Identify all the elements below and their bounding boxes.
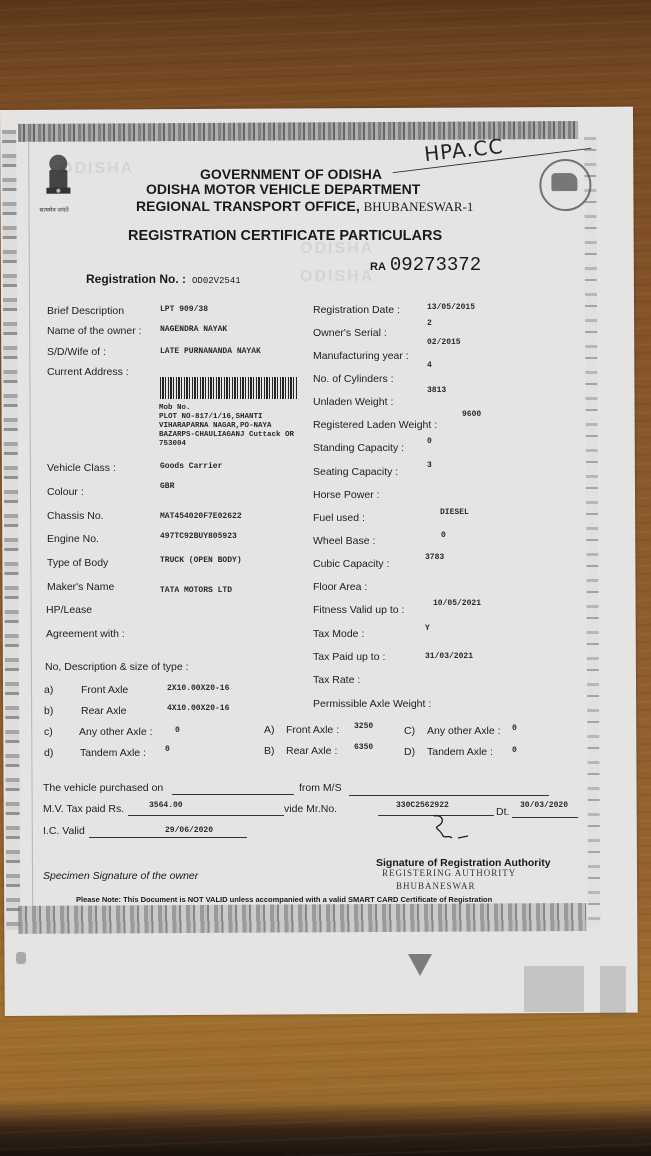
registration-number: Registration No. :OD02V2541 bbox=[86, 272, 241, 286]
field-label: Permissible Axle Weight : bbox=[313, 698, 431, 710]
field-value: 13/05/2015 bbox=[427, 303, 475, 312]
tyre-label: Any other Axle : bbox=[79, 726, 153, 738]
field-value: TRUCK (OPEN BODY) bbox=[160, 556, 242, 565]
field-value: TATA MOTORS LTD bbox=[160, 586, 232, 595]
odisha-seal-icon bbox=[539, 159, 591, 211]
field-value: 497TC92BUY805923 bbox=[160, 532, 237, 541]
purchased-line bbox=[172, 794, 294, 795]
ra-serial: RA09273372 bbox=[370, 254, 481, 276]
tyre-value: 0 bbox=[175, 726, 180, 735]
field-label: Name of the owner : bbox=[47, 325, 142, 337]
office-city: BHUBANESWAR-1 bbox=[364, 199, 474, 214]
field-value: 9600 bbox=[462, 410, 481, 419]
authority-signature-scribble bbox=[428, 812, 488, 846]
tyre-key: c) bbox=[44, 726, 53, 738]
tyre-key: b) bbox=[44, 705, 53, 717]
field-value: LPT 909/38 bbox=[160, 305, 208, 314]
tyres-heading: No, Description & size of type : bbox=[45, 661, 189, 673]
field-value: GBR bbox=[160, 482, 174, 491]
field-label: Horse Power : bbox=[313, 489, 380, 501]
dt-line bbox=[512, 817, 578, 818]
field-label: Tax Rate : bbox=[313, 674, 360, 686]
field-label: Fuel used : bbox=[313, 512, 365, 524]
tyre-value: 0 bbox=[165, 745, 170, 754]
vide-label: vide Mr.No. bbox=[284, 803, 337, 815]
axle-label: Rear Axle : bbox=[286, 745, 337, 757]
purchased-label: The vehicle purchased on bbox=[43, 782, 163, 794]
field-label: Owner's Serial : bbox=[313, 327, 387, 339]
tax-paid-label: M.V. Tax paid Rs. bbox=[43, 803, 124, 815]
ic-valid-line bbox=[89, 837, 247, 838]
barcode bbox=[160, 377, 298, 399]
government-title: GOVERNMENT OF ODISHA bbox=[200, 166, 382, 182]
ic-valid-value: 29/06/2020 bbox=[165, 826, 213, 835]
field-value: MAT454020F7E02622 bbox=[160, 512, 242, 521]
watermark: ODISHA bbox=[60, 160, 134, 178]
field-value: NAGENDRA NAYAK bbox=[160, 325, 227, 334]
field-label: Colour : bbox=[47, 486, 84, 498]
axle-value: 0 bbox=[512, 746, 517, 755]
authority-stamp: REGISTERING AUTHORITY BHUBANESWAR bbox=[382, 868, 516, 892]
axle-key: C) bbox=[404, 725, 415, 737]
field-label: Brief Description bbox=[47, 305, 124, 317]
field-label: Fitness Valid up to : bbox=[313, 604, 404, 616]
axle-label: Front Axle : bbox=[286, 724, 339, 736]
field-value: 31/03/2021 bbox=[425, 652, 473, 661]
field-value: 3 bbox=[427, 461, 432, 470]
security-border-bottom bbox=[18, 903, 586, 934]
owner-signature-label: Specimen Signature of the owner bbox=[43, 870, 198, 882]
vide-value: 330C2562922 bbox=[396, 801, 449, 810]
axle-key: B) bbox=[264, 745, 275, 757]
dt-label: Dt. bbox=[496, 806, 509, 818]
field-label: Current Address : bbox=[47, 366, 129, 378]
office-prefix: REGIONAL TRANSPORT OFFICE, bbox=[136, 198, 360, 214]
field-label: Registered Laden Weight : bbox=[313, 419, 437, 431]
axle-label: Any other Axle : bbox=[427, 725, 501, 737]
field-value: Y bbox=[425, 624, 430, 633]
field-label: Manufacturing year : bbox=[313, 350, 409, 362]
field-label: S/D/Wife of : bbox=[47, 346, 106, 358]
field-value: 0 bbox=[441, 531, 446, 540]
print-smudge bbox=[600, 966, 626, 1016]
field-value: 3813 bbox=[427, 386, 446, 395]
field-value: DIESEL bbox=[440, 508, 469, 517]
axle-key: A) bbox=[264, 724, 275, 736]
print-smudge bbox=[524, 966, 584, 1012]
tyre-value: 4X10.00X20-16 bbox=[167, 704, 229, 713]
field-label: Tax Paid up to : bbox=[313, 651, 385, 663]
axle-value: 0 bbox=[512, 724, 517, 733]
print-smudge bbox=[16, 952, 26, 964]
field-label: Standing Capacity : bbox=[313, 442, 404, 454]
tax-paid-value: 3564.00 bbox=[149, 801, 183, 810]
axle-value: 6350 bbox=[354, 743, 373, 752]
dt-value: 30/03/2020 bbox=[520, 801, 568, 810]
field-label: Engine No. bbox=[47, 533, 99, 545]
tyre-key: a) bbox=[44, 684, 53, 696]
ra-number: 09273372 bbox=[390, 254, 481, 276]
security-border-left bbox=[2, 130, 20, 930]
tax-paid-line bbox=[128, 815, 284, 816]
watermark: ODISHA bbox=[300, 268, 374, 286]
department-title: ODISHA MOTOR VEHICLE DEPARTMENT bbox=[146, 181, 420, 197]
field-value: Goods Carrier bbox=[160, 462, 222, 471]
registration-value: OD02V2541 bbox=[192, 276, 241, 286]
tyre-value: 2X10.00X20-16 bbox=[167, 684, 229, 693]
field-label: Agreement with : bbox=[46, 628, 125, 640]
field-label: No. of Cylinders : bbox=[313, 373, 394, 385]
validity-note: Please Note: This Document is NOT VALID … bbox=[76, 895, 492, 904]
field-value: 2 bbox=[427, 319, 432, 328]
field-label: Tax Mode : bbox=[313, 628, 364, 640]
field-value: LATE PURNANANDA NAYAK bbox=[160, 347, 261, 356]
field-value: 3783 bbox=[425, 553, 444, 562]
emblem-caption: सत्यमेव जयते bbox=[40, 206, 69, 214]
tyre-label: Front Axle bbox=[81, 684, 128, 696]
registration-label: Registration No. : bbox=[86, 272, 186, 286]
field-label: Unladen Weight : bbox=[313, 396, 393, 408]
field-value: 4 bbox=[427, 361, 432, 370]
office-title: REGIONAL TRANSPORT OFFICE, BHUBANESWAR-1 bbox=[136, 198, 473, 215]
from-line bbox=[349, 795, 549, 796]
field-label: HP/Lease bbox=[46, 604, 92, 616]
owner-address: Mob No. PLOT NO-817/1/16,SHANTI VIHARAPA… bbox=[159, 404, 294, 449]
axle-label: Tandem Axle : bbox=[427, 746, 493, 758]
field-label: Vehicle Class : bbox=[47, 462, 116, 474]
axle-key: D) bbox=[404, 746, 415, 758]
stamp-line-2: BHUBANESWAR bbox=[396, 881, 516, 892]
ra-prefix: RA bbox=[370, 261, 386, 273]
field-value: 02/2015 bbox=[427, 338, 461, 347]
axle-value: 3250 bbox=[354, 722, 373, 731]
tyre-key: d) bbox=[44, 747, 53, 759]
field-label: Type of Body bbox=[47, 557, 108, 569]
certificate-title: REGISTRATION CERTIFICATE PARTICULARS bbox=[128, 228, 442, 244]
tyre-label: Tandem Axle : bbox=[80, 747, 146, 759]
field-label: Registration Date : bbox=[313, 304, 400, 316]
tyre-label: Rear Axle bbox=[81, 705, 127, 717]
field-label: Chassis No. bbox=[47, 510, 104, 522]
field-value: 0 bbox=[427, 437, 432, 446]
from-label: from M/S bbox=[299, 782, 342, 794]
field-label: Maker's Name bbox=[47, 581, 114, 593]
field-label: Floor Area : bbox=[313, 581, 367, 593]
field-value: 10/05/2021 bbox=[433, 599, 481, 608]
ic-valid-label: I.C. Valid bbox=[43, 825, 85, 837]
field-label: Seating Capacity : bbox=[313, 466, 398, 478]
stamp-line-1: REGISTERING AUTHORITY bbox=[382, 868, 516, 879]
field-label: Wheel Base : bbox=[313, 535, 375, 547]
field-label: Cubic Capacity : bbox=[313, 558, 389, 570]
